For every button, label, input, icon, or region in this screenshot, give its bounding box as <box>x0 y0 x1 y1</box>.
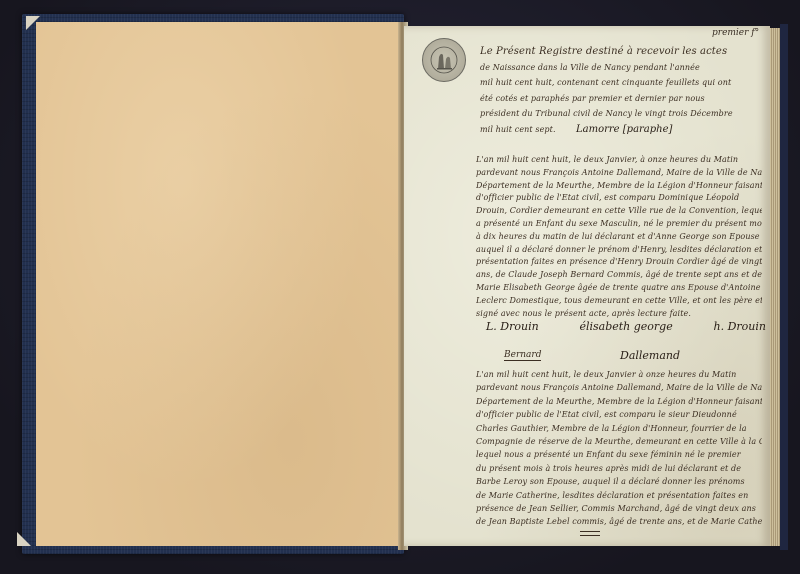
preamble-line: président du Tribunal civil de Nancy le … <box>480 106 766 122</box>
signature: élisabeth george <box>579 320 672 333</box>
act-line: ans, de Claude Joseph Bernard Commis, âg… <box>476 269 762 282</box>
left-endpaper-blank <box>36 22 400 546</box>
act-line: présentation faites en présence d'Henry … <box>476 256 762 269</box>
preamble-line: mil huit cent huit, contenant cent cinqu… <box>480 75 766 91</box>
back-cover-edge <box>780 24 788 550</box>
act-line: Département de la Meurthe, Membre de la … <box>476 395 762 408</box>
act-1-signatures: L. Drouin élisabeth george h. Drouin <box>486 320 766 333</box>
act-line: Barbe Leroy son Epouse, auquel il a décl… <box>476 475 762 488</box>
act-line: Marie Elisabeth George âgée de trente qu… <box>476 282 762 295</box>
act-line: Drouin, Cordier demeurant en cette Ville… <box>476 205 762 218</box>
signature: L. Drouin <box>486 320 539 333</box>
mayor-signature: Dallemand <box>620 349 680 362</box>
page-edges <box>770 28 780 546</box>
preamble-line: Le Présent Registre destiné à recevoir l… <box>480 44 766 60</box>
act-line: Leclerc Domestique, tous demeurant en ce… <box>476 295 762 308</box>
act-line: auquel il a déclaré donner le prénom d'H… <box>476 244 762 257</box>
act-line: d'officier public de l'Etat civil, est c… <box>476 408 762 421</box>
act-line: présence de Jean Sellier, Commis Marchan… <box>476 502 762 515</box>
act-line: du présent mois à trois heures après mid… <box>476 462 762 475</box>
margin-name-mark: Bernard <box>504 350 541 361</box>
folio-mark: premier f° <box>712 28 759 38</box>
preamble-line: été cotés et paraphés par premier et der… <box>480 91 766 107</box>
act-line: de Jean Baptiste Lebel commis, âgé de tr… <box>476 515 762 528</box>
birth-act-1: L'an mil huit cent huit, le deux Janvier… <box>476 154 762 320</box>
act-line: Département de la Meurthe, Membre de la … <box>476 180 762 193</box>
act-line: pardevant nous François Antoine Dalleman… <box>476 381 762 394</box>
act-line: a présenté un Enfant du sexe Masculin, n… <box>476 218 762 231</box>
act-line: de Marie Catherine, lesdites déclaration… <box>476 489 762 502</box>
act-line: à dix heures du matin de lui déclarant e… <box>476 231 762 244</box>
act-line: signé avec nous le présent acte, après l… <box>476 308 762 321</box>
president-signature: Lamorre [paraphe] <box>576 124 672 135</box>
act-line: Compagnie de réserve de la Meurthe, deme… <box>476 435 762 448</box>
act-line: d'officier public de l'Etat civil, est c… <box>476 192 762 205</box>
act-line: Charles Gauthier, Membre de la Légion d'… <box>476 422 762 435</box>
signature: h. Drouin <box>714 320 766 333</box>
end-rule <box>580 531 600 536</box>
birth-act-2: L'an mil huit cent huit, le deux Janvier… <box>476 368 762 529</box>
act-line: L'an mil huit cent huit, le deux Janvier… <box>476 154 762 167</box>
act-line: L'an mil huit cent huit, le deux Janvier… <box>476 368 762 381</box>
preamble-line: de Naissance dans la Ville de Nancy pend… <box>480 60 766 76</box>
act-line: pardevant nous François Antoine Dalleman… <box>476 167 762 180</box>
seal-stamp-icon <box>422 38 466 82</box>
act-line: lequel nous a présenté un Enfant du sexe… <box>476 448 762 461</box>
